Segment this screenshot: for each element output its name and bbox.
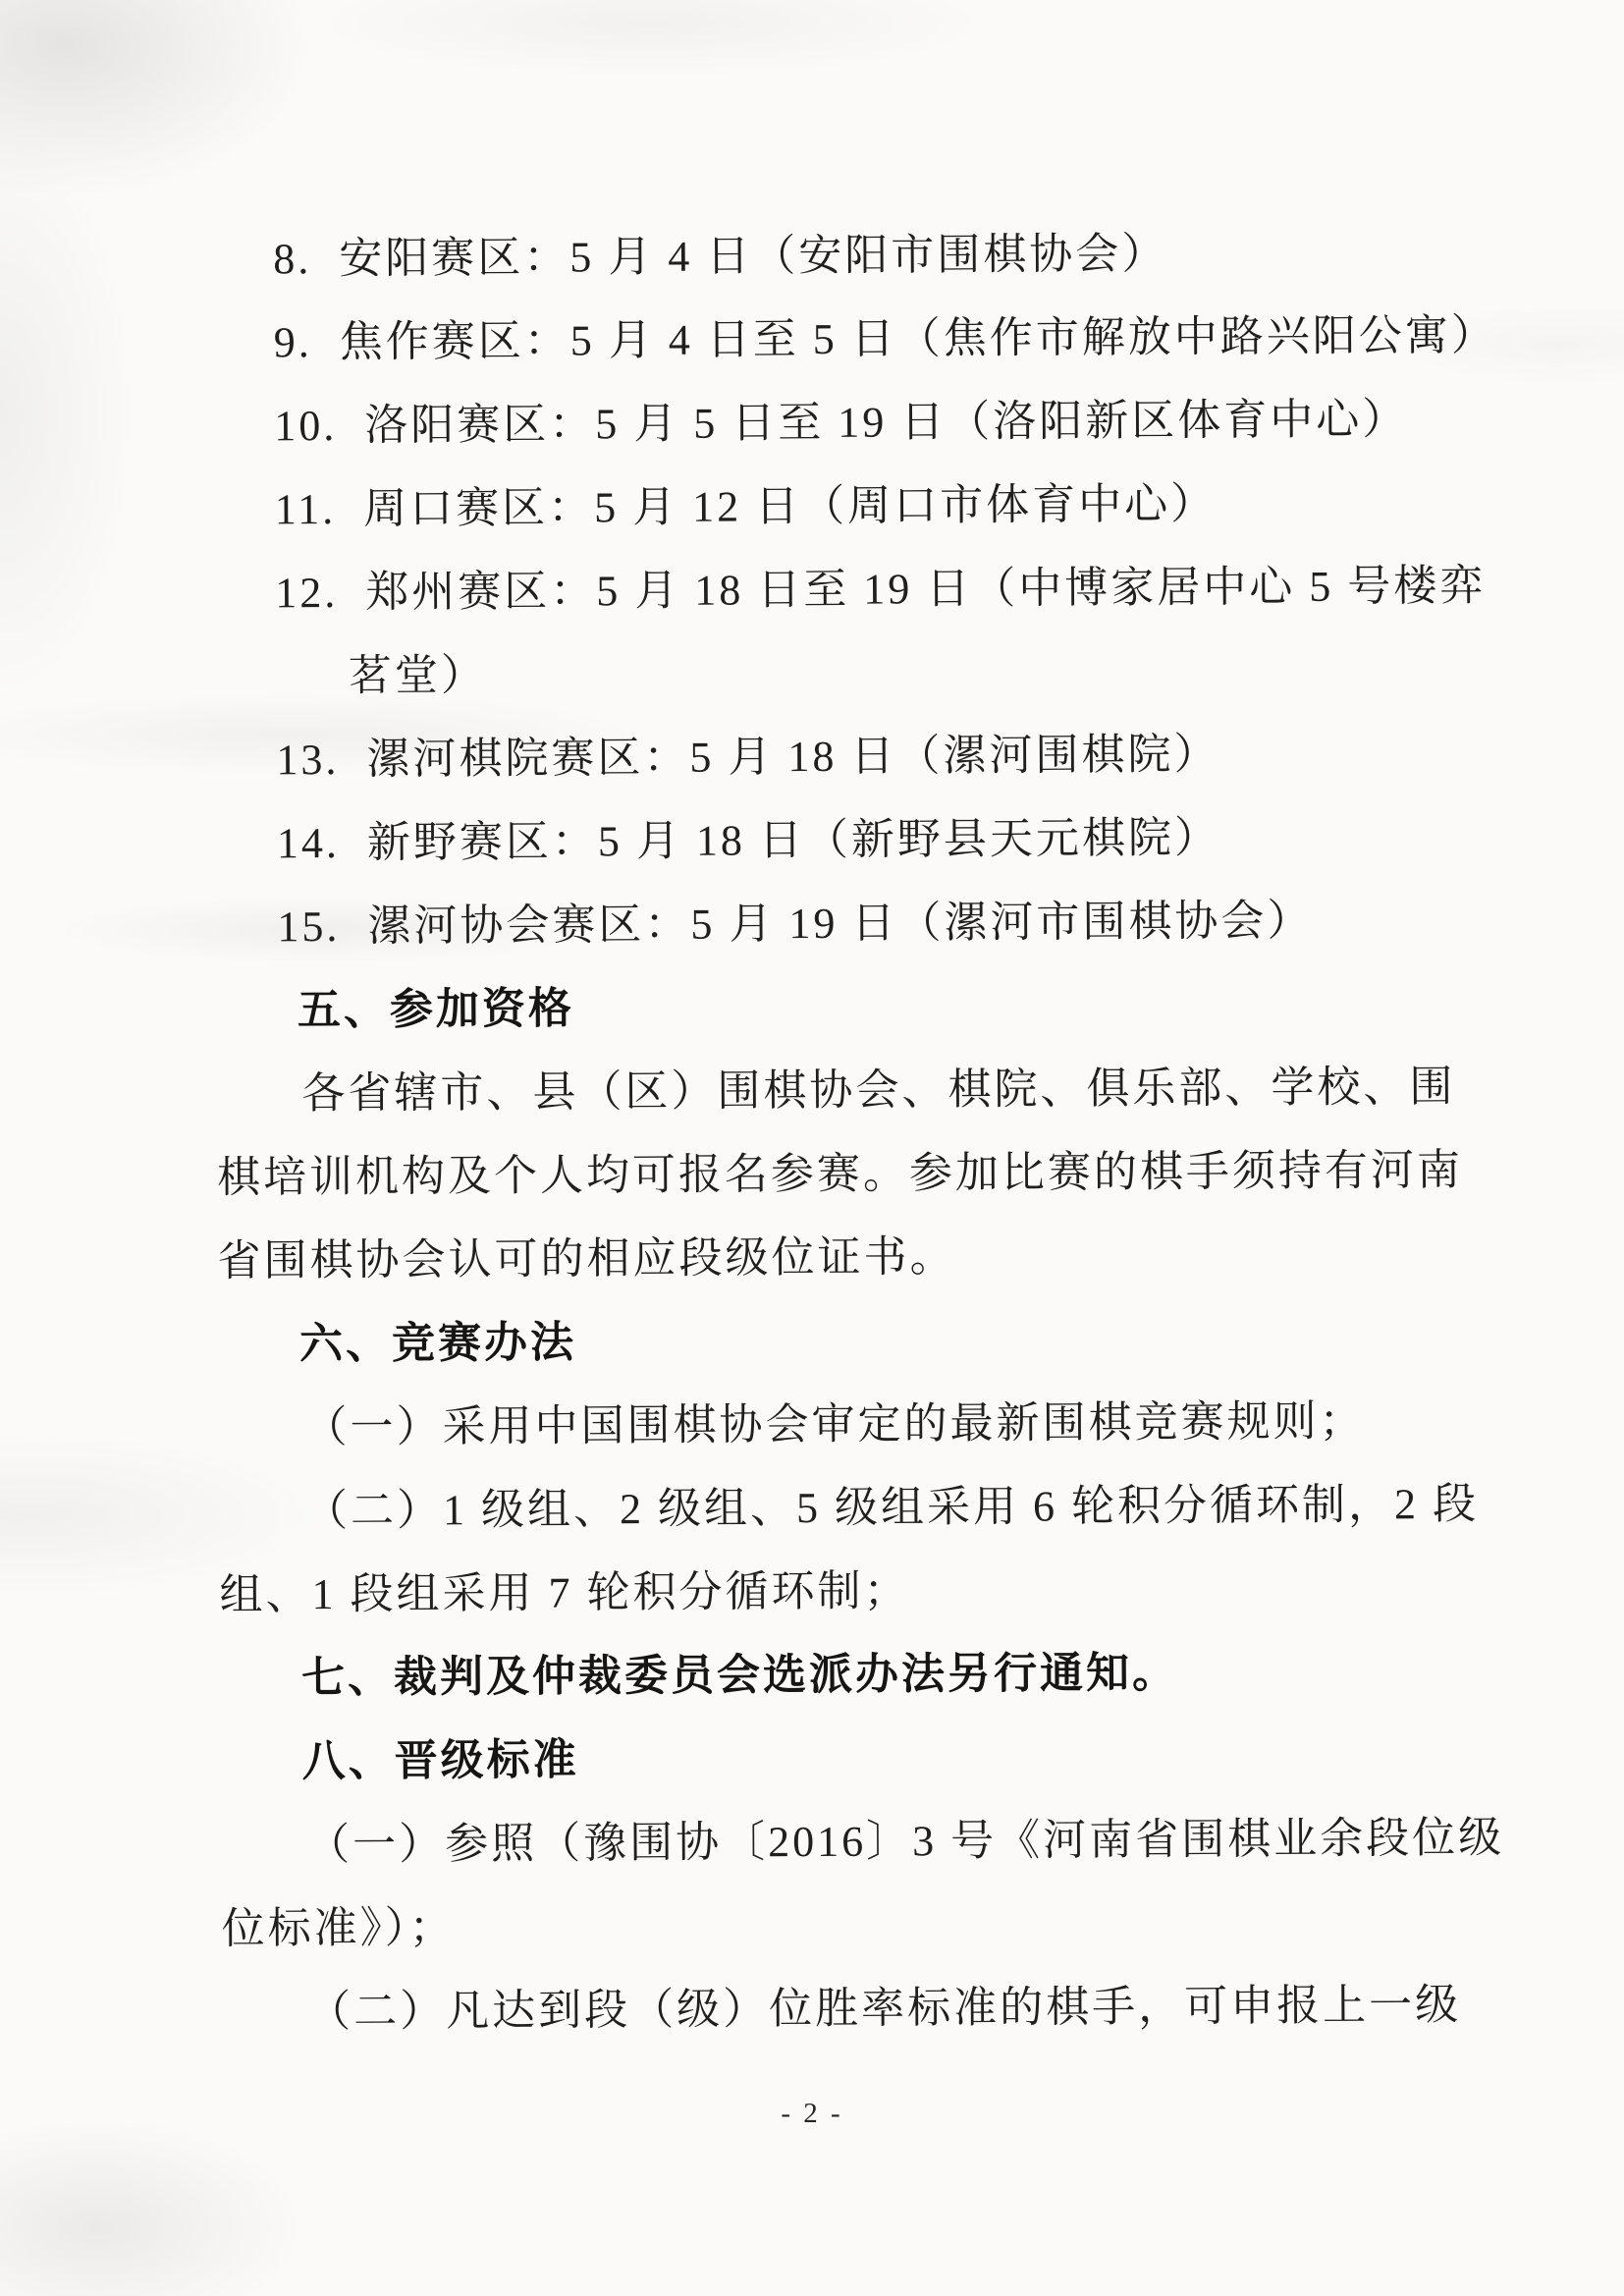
eligibility-paragraph-line-1: 各省辖市、县（区）围棋协会、棋院、俱乐部、学校、围	[5, 1044, 1624, 1137]
venue-item-9: 9. 焦作赛区：5 月 4 日至 5 日（焦作市解放中路兴阳公寓）	[1, 293, 1624, 386]
document-body: 8. 安阳赛区：5 月 4 日（安阳市围棋协会） 9. 焦作赛区：5 月 4 日…	[0, 209, 1624, 2055]
venue-item-15: 15. 漯河协会赛区：5 月 19 日（漯河市围棋协会）	[4, 877, 1624, 970]
method-item-1: （一）采用中国围棋协会审定的最新围棋竞赛规则；	[7, 1378, 1624, 1471]
promotion-item-2: （二）凡达到段（级）位胜率标准的棋手，可申报上一级	[11, 1962, 1624, 2055]
eligibility-paragraph-line-3: 省围棋协会认可的相应段级位证书。	[6, 1211, 1624, 1304]
section-7-heading: 七、裁判及仲裁委员会选派办法另行通知。	[9, 1628, 1624, 1722]
method-item-2-continuation: 组、1 段组采用 7 轮积分循环制；	[8, 1545, 1624, 1638]
method-item-2: （二）1 级组、2 级组、5 级组采用 6 轮积分循环制，2 段	[8, 1461, 1624, 1555]
eligibility-paragraph-line-2: 棋培训机构及个人均可报名参赛。参加比赛的棋手须持有河南	[6, 1127, 1624, 1221]
venue-item-14: 14. 新野赛区：5 月 18 日（新野县天元棋院）	[4, 793, 1624, 887]
promotion-item-1-continuation: 位标准》）；	[10, 1879, 1624, 1972]
venue-item-12-continuation: 茗堂）	[3, 627, 1624, 720]
venue-item-11: 11. 周口赛区：5 月 12 日（周口市体育中心）	[2, 460, 1624, 553]
venue-item-8: 8. 安阳赛区：5 月 4 日（安阳市围棋协会）	[0, 209, 1624, 302]
promotion-item-1: （一）参照（豫围协〔2016〕3 号《河南省围棋业余段位级	[10, 1795, 1624, 1888]
section-8-heading: 八、晋级标准	[9, 1712, 1624, 1805]
section-5-heading: 五、参加资格	[5, 960, 1624, 1054]
page-number: - 2 -	[0, 2098, 1624, 2130]
venue-item-12: 12. 郑州赛区：5 月 18 日至 19 日（中博家居中心 5 号楼弈	[2, 543, 1624, 636]
venue-item-10: 10. 洛阳赛区：5 月 5 日至 19 日（洛阳新区体育中心）	[1, 376, 1624, 469]
venue-item-13: 13. 漯河棋院赛区：5 月 18 日（漯河围棋院）	[3, 710, 1624, 803]
section-6-heading: 六、竞赛办法	[7, 1294, 1624, 1388]
scanned-document-page: 8. 安阳赛区：5 月 4 日（安阳市围棋协会） 9. 焦作赛区：5 月 4 日…	[0, 0, 1624, 2296]
